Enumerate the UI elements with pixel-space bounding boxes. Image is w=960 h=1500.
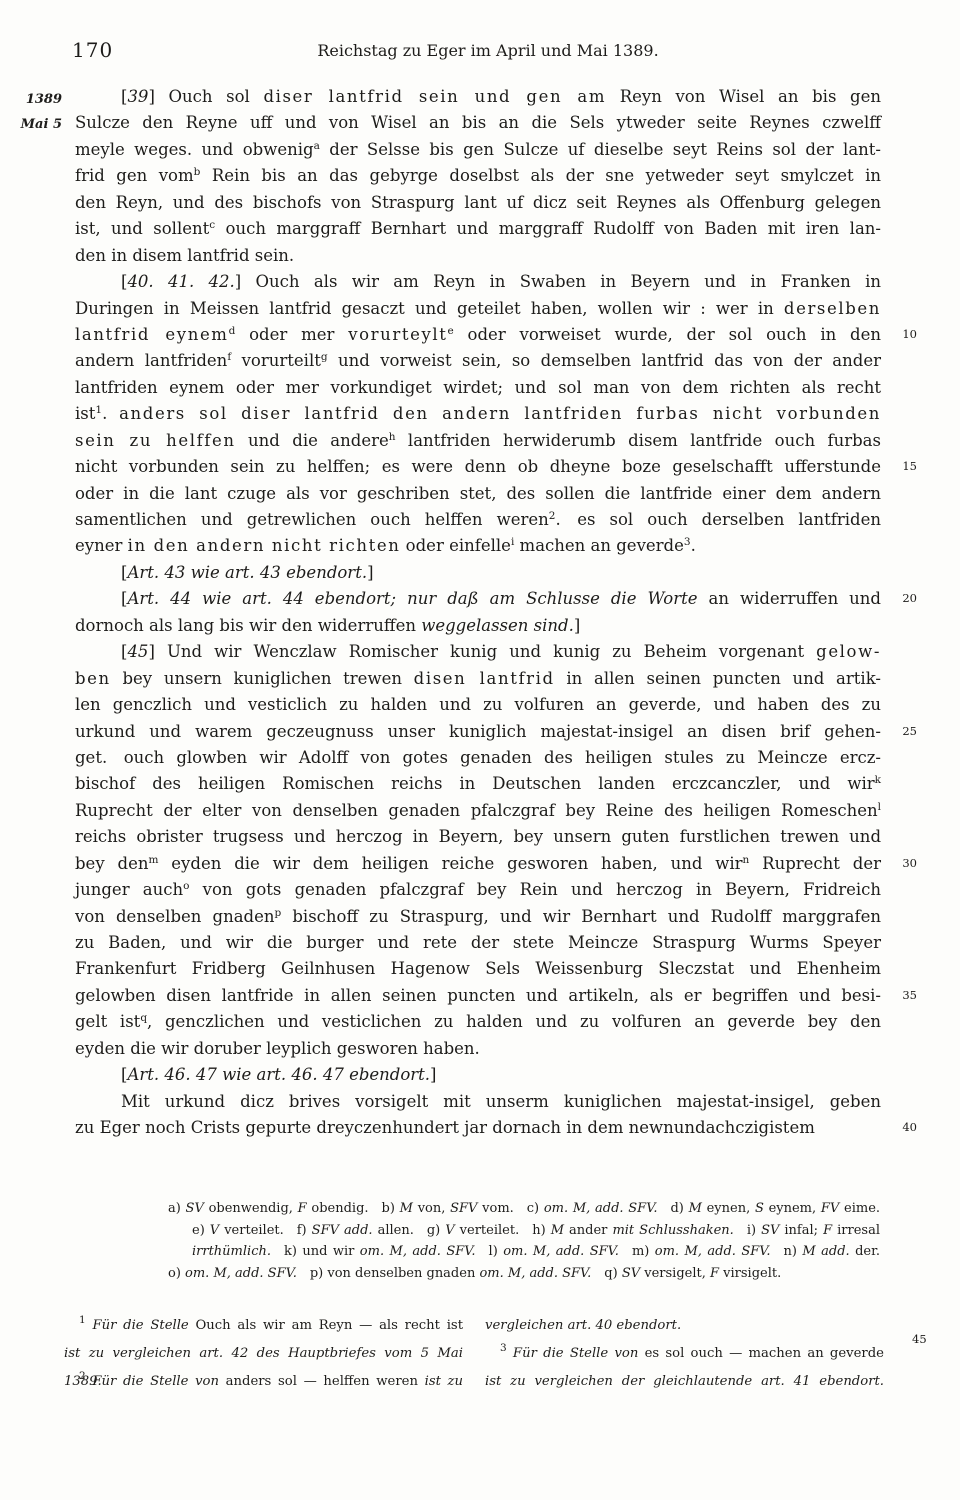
text-segment: Für die Stelle xyxy=(86,1318,196,1333)
text-segment: ist zu vergleichen der gleichlautende ar… xyxy=(485,1374,884,1389)
text-line: Frankenfurt Fridberg Geilnhusen Hagenow … xyxy=(75,956,881,982)
line-number: 20 xyxy=(902,593,917,605)
text-segment: meyle weges. und obwenig xyxy=(75,140,314,159)
text-line: zu Baden, und wir die burger und rete de… xyxy=(75,930,881,956)
text-segment: diser lantfrid sein und gen am xyxy=(263,87,606,106)
text-segment: Ruprecht der xyxy=(749,854,881,873)
text-line: ben bey unsern kuniglichen trewen disen … xyxy=(75,666,881,692)
text-segment: andern lantfriden xyxy=(75,351,227,370)
text-line: [Art. 46. 47 wie art. 46. 47 ebendort.] xyxy=(75,1062,881,1088)
text-line: lantfriden eynem oder mer vorkundiget wi… xyxy=(75,375,881,401)
text-segment: sein zu helffen xyxy=(75,431,236,450)
text-segment: F xyxy=(710,1266,719,1281)
footnote-line: 3 Für die Stelle von es sol ouch — mache… xyxy=(485,1340,884,1368)
scanned-book-page: 170 Reichstag zu Eger im April und Mai 1… xyxy=(0,0,960,1500)
text-segment: vorurteilt xyxy=(231,351,321,370)
text-segment: get. ouch glowben wir Adolff von gotes g… xyxy=(75,748,881,767)
text-segment: eyden die wir dem heiligen reiche geswor… xyxy=(158,854,742,873)
critical-apparatus: a) SV obenwendig, F obendig. b) M von, S… xyxy=(168,1198,880,1284)
text-segment: dornoch als lang bis wir den widerruffen xyxy=(75,616,421,635)
text-segment: M xyxy=(551,1223,564,1238)
text-segment: eyden die wir doruber leyplich gesworen … xyxy=(75,1039,480,1058)
text-line: oder in die lant czuge als vor geschribe… xyxy=(75,481,881,507)
footnote-line: vergleichen art. 40 ebendort. xyxy=(485,1312,884,1340)
text-segment: Art. 43 wie art. 43 ebendort. xyxy=(127,563,367,582)
text-line: eyner in den andern nicht richten oder e… xyxy=(75,533,881,559)
text-segment: SV xyxy=(761,1223,779,1238)
text-segment: SFV xyxy=(450,1201,477,1216)
body-text: [39] Ouch sol diser lantfrid sein und ge… xyxy=(75,84,881,1142)
text-segment: F xyxy=(823,1223,832,1238)
text-segment: ] xyxy=(574,616,580,635)
running-title: Reichstag zu Eger im April und Mai 1389. xyxy=(72,41,904,60)
footnote-line: ist zu vergleichen art. 42 des Hauptbrie… xyxy=(64,1340,463,1368)
text-segment: es sol ouch — machen an geverde xyxy=(645,1346,884,1361)
text-segment: Frankenfurt Fridberg Geilnhusen Hagenow … xyxy=(75,959,881,978)
text-line: sein zu helffen und die andereh lantfrid… xyxy=(75,428,881,454)
footnote-line: 1 Für die Stelle Ouch als wir am Reyn — … xyxy=(64,1312,463,1340)
text-segment: ] xyxy=(367,563,373,582)
text-line: den in disem lantfrid sein. xyxy=(75,243,881,269)
text-segment: oder mer xyxy=(235,325,348,344)
text-segment: zu Baden, und wir die burger und rete de… xyxy=(75,933,881,952)
text-segment: eime. xyxy=(839,1201,880,1216)
text-line: eyden die wir doruber leyplich gesworen … xyxy=(75,1036,881,1062)
text-segment: Ouch als wir am Reyn — als recht ist xyxy=(195,1318,463,1333)
footnote-column-left: 1 Für die Stelle Ouch als wir am Reyn — … xyxy=(64,1312,463,1396)
text-segment: d) xyxy=(657,1201,688,1216)
text-segment: von gots genaden pfalczgraf bey Rein und… xyxy=(189,880,881,899)
text-line: get. ouch glowben wir Adolff von gotes g… xyxy=(75,745,881,771)
text-segment: obendig. b) xyxy=(307,1201,400,1216)
text-segment: samentlichen und getrewlichen ouch helff… xyxy=(75,510,549,529)
text-segment: om. M, add. SFV. xyxy=(544,1201,658,1216)
text-segment: eynem, xyxy=(764,1201,821,1216)
text-segment: o) xyxy=(168,1266,185,1281)
text-segment: 39 xyxy=(127,87,148,106)
text-line: [40. 41. 42.] Ouch als wir am Reyn in Sw… xyxy=(75,269,881,295)
text-segment: frid gen vom xyxy=(75,166,194,185)
text-segment: p) von denselben gnaden xyxy=(297,1266,480,1281)
text-segment: Art. 46. 47 wie art. 46. 47 ebendort. xyxy=(127,1065,430,1084)
note-reference: 2 xyxy=(79,1370,86,1382)
text-segment: n) xyxy=(771,1244,803,1259)
text-line: [Art. 43 wie art. 43 ebendort.] xyxy=(75,560,881,586)
text-line: reichs obrister trugsess und herczog in … xyxy=(75,824,881,850)
text-segment: oder in die lant czuge als vor geschribe… xyxy=(75,484,881,503)
text-segment: Mit urkund dicz brives vorsigelt mit uns… xyxy=(121,1092,881,1111)
note-reference: 3 xyxy=(500,1342,507,1354)
footnote-line: ist zu vergleichen der gleichlautende ar… xyxy=(485,1368,884,1396)
line-number: 40 xyxy=(902,1122,917,1134)
text-segment: V xyxy=(210,1223,219,1238)
text-segment: eyner xyxy=(75,536,128,555)
text-segment: k) und wir xyxy=(271,1244,360,1259)
text-line: [Art. 44 wie art. 44 ebendort; nur daß a… xyxy=(75,586,881,612)
line-number: 30 xyxy=(902,858,917,870)
note-reference: k xyxy=(875,774,881,786)
text-segment: ] Ouch sol xyxy=(148,87,263,106)
text-segment: M xyxy=(689,1201,702,1216)
text-segment: SFV add. xyxy=(312,1223,373,1238)
page-header: 170 Reichstag zu Eger im April und Mai 1… xyxy=(72,38,904,68)
text-segment: infal; xyxy=(779,1223,823,1238)
apparatus-line: irrthümlich. k) und wir om. M, add. SFV.… xyxy=(168,1241,880,1263)
text-segment: reichs obrister trugsess und herczog in … xyxy=(75,827,881,846)
text-segment: ouch marggraff Bernhart und marggraff Ru… xyxy=(215,219,881,238)
text-line: gelowben disen lantfride in allen seinen… xyxy=(75,983,881,1009)
text-segment: SV xyxy=(186,1201,204,1216)
text-segment: lantfrid eynem xyxy=(75,325,229,344)
text-segment: ] xyxy=(430,1065,436,1084)
text-line: len genczlich und vesticlich zu halden u… xyxy=(75,692,881,718)
text-segment: Rein bis an das gebyrge doselbst als der… xyxy=(200,166,881,185)
text-segment: obenwendig, xyxy=(204,1201,298,1216)
text-segment: ] Und wir Wenczlaw Romischer kunig und k… xyxy=(148,642,816,661)
text-segment: om. M, add. SFV. xyxy=(503,1244,619,1259)
text-segment: S xyxy=(755,1201,764,1216)
apparatus-line: a) SV obenwendig, F obendig. b) M von, S… xyxy=(168,1198,880,1220)
text-segment: anders sol diser lantfrid den andern lan… xyxy=(119,404,881,423)
text-segment: anders sol — helffen weren xyxy=(226,1374,425,1389)
text-segment: vorurteylt xyxy=(348,325,447,344)
text-segment: M add. xyxy=(802,1244,849,1259)
line-number: 15 xyxy=(902,461,917,473)
text-segment: von, xyxy=(413,1201,450,1216)
text-line: urkund und warem geczeugnuss unser kunig… xyxy=(75,719,881,745)
text-segment: lantfriden herwiderumb disem lantfride o… xyxy=(396,431,881,450)
text-segment: om. M, add. SFV. xyxy=(655,1244,771,1259)
text-segment: bischoff zu Straspurg, und wir Bernhart … xyxy=(281,907,881,926)
apparatus-line: o) om. M, add. SFV. p) von denselben gna… xyxy=(168,1263,880,1285)
text-segment: vom. c) xyxy=(477,1201,543,1216)
text-segment: und vorweist sein, so demselben lantfrid… xyxy=(328,351,881,370)
text-segment: ben xyxy=(75,669,111,688)
text-segment: Sulcze den Reyne uff und von Wisel an bi… xyxy=(75,113,881,132)
text-line: Sulcze den Reyne uff und von Wisel an bi… xyxy=(75,110,881,136)
text-segment: . xyxy=(691,536,696,555)
text-line: nicht vorbunden sein zu helffen; es were… xyxy=(75,454,881,480)
text-segment: a) xyxy=(168,1201,186,1216)
text-line: frid gen vomb Rein bis an das gebyrge do… xyxy=(75,163,881,189)
text-segment: gelow- xyxy=(816,642,881,661)
margin-date-day: Mai 5 xyxy=(14,112,62,137)
text-segment: ] Ouch als wir am Reyn in Swaben in Beye… xyxy=(235,272,881,291)
text-segment: SV xyxy=(622,1266,640,1281)
text-segment: zu Eger noch Crists gepurte dreyczenhund… xyxy=(75,1118,815,1137)
text-segment: ist, und sollent xyxy=(75,219,209,238)
margin-date-note: 1389 Mai 5 xyxy=(14,87,62,137)
text-segment: lantfriden eynem oder mer vorkundiget wi… xyxy=(75,378,881,397)
text-segment: Duringen in Meissen lantfrid gesaczt und… xyxy=(75,299,784,318)
text-segment: bischof des heiligen Romischen reichs in… xyxy=(75,774,875,793)
text-segment: , genczlichen und vesticlichen zu halden… xyxy=(147,1012,881,1031)
text-segment: virsigelt. xyxy=(719,1266,781,1281)
text-segment: om. M, add. SFV. xyxy=(479,1266,591,1281)
text-segment: eynen, xyxy=(702,1201,755,1216)
text-line: den Reyn, und des bischofs von Straspurg… xyxy=(75,190,881,216)
text-segment: Reyn von Wisel an bis gen xyxy=(606,87,881,106)
text-segment: len genczlich und vesticlich zu halden u… xyxy=(75,695,881,714)
text-segment: mit Schlusshaken. xyxy=(612,1223,733,1238)
text-segment: e) xyxy=(192,1223,210,1238)
text-line: bischof des heiligen Romischen reichs in… xyxy=(75,771,881,797)
text-segment: ander xyxy=(564,1223,612,1238)
text-segment: l) xyxy=(476,1244,504,1259)
text-line: Duringen in Meissen lantfrid gesaczt und… xyxy=(75,296,881,322)
text-segment: derselben xyxy=(784,299,881,318)
text-segment: irresal xyxy=(832,1223,880,1238)
text-line: [45] Und wir Wenczlaw Romischer kunig un… xyxy=(75,639,881,665)
text-segment: an widerruffen und xyxy=(698,589,881,608)
text-segment: om. M, add. SFV. xyxy=(185,1266,297,1281)
text-line: junger aucho von gots genaden pfalczgraf… xyxy=(75,877,881,903)
text-segment: vergleichen art. 40 ebendort. xyxy=(485,1318,681,1333)
text-segment: i) xyxy=(734,1223,761,1238)
text-segment: Ruprecht der elter von denselben genaden… xyxy=(75,801,878,820)
text-segment: von denselben gnaden xyxy=(75,907,275,926)
text-line: samentlichen und getrewlichen ouch helff… xyxy=(75,507,881,533)
footnote-column-right: vergleichen art. 40 ebendort.3 Für die S… xyxy=(485,1312,884,1396)
text-line: Ruprecht der elter von denselben genaden… xyxy=(75,798,881,824)
text-segment: V xyxy=(445,1223,454,1238)
text-line: andern lantfridenf vorurteiltg und vorwe… xyxy=(75,348,881,374)
text-segment: om. M, add. SFV. xyxy=(360,1244,476,1259)
line-number: 25 xyxy=(902,726,917,738)
text-line: meyle weges. und obweniga der Selsse bis… xyxy=(75,137,881,163)
text-line: lantfrid eynemd oder mer vorurteylte ode… xyxy=(75,322,881,348)
text-segment: weggelassen sind. xyxy=(421,616,574,635)
text-segment: oder einfelle xyxy=(400,536,511,555)
text-line: gelt istq, genczlichen und vesticlichen … xyxy=(75,1009,881,1035)
text-segment: der Selsse bis gen Sulcze uf dieselbe se… xyxy=(320,140,881,159)
text-segment: m) xyxy=(619,1244,655,1259)
note-reference: 1 xyxy=(79,1314,86,1326)
text-line: ist, und sollentc ouch marggraff Bernhar… xyxy=(75,216,881,242)
text-segment: ist xyxy=(75,404,95,423)
text-segment: in den andern nicht richten xyxy=(128,536,401,555)
text-segment: Für die Stelle von xyxy=(507,1346,645,1361)
note-reference: l xyxy=(878,801,881,813)
text-line: zu Eger noch Crists gepurte dreyczenhund… xyxy=(75,1115,881,1141)
text-segment: gelt ist xyxy=(75,1012,140,1031)
text-segment: disen lantfrid xyxy=(414,669,555,688)
text-segment: der. xyxy=(850,1244,880,1259)
text-segment: in allen seinen puncten und artik- xyxy=(555,669,881,688)
text-segment: bey den xyxy=(75,854,148,873)
text-segment: ist zu xyxy=(425,1374,463,1389)
footnote-line: 2 Für die Stelle von anders sol — helffe… xyxy=(64,1368,463,1396)
text-segment: oder vorweiset wurde, der sol ouch in de… xyxy=(454,325,881,344)
text-segment: bey unsern kuniglichen trewen xyxy=(111,669,414,688)
margin-date-year: 1389 xyxy=(14,87,62,112)
text-segment: 45 xyxy=(127,642,148,661)
text-segment: allen. g) xyxy=(373,1223,446,1238)
text-line: dornoch als lang bis wir den widerruffen… xyxy=(75,613,881,639)
text-segment: Art. 44 wie art. 44 ebendort; nur daß am… xyxy=(127,589,697,608)
text-segment: verteilet. f) xyxy=(219,1223,311,1238)
text-segment: FV xyxy=(821,1201,839,1216)
text-segment: verteilet. h) xyxy=(455,1223,551,1238)
text-segment: . es sol ouch derselben lantfriden xyxy=(555,510,881,529)
text-segment: F xyxy=(298,1201,307,1216)
text-line: [39] Ouch sol diser lantfrid sein und ge… xyxy=(75,84,881,110)
text-segment: q) xyxy=(591,1266,622,1281)
text-segment: machen an geverde xyxy=(514,536,684,555)
note-reference: 3 xyxy=(684,536,691,548)
text-line: bey denm eyden die wir dem heiligen reic… xyxy=(75,851,881,877)
text-line: ist1. anders sol diser lantfrid den ande… xyxy=(75,401,881,427)
text-segment: und die andere xyxy=(236,431,389,450)
text-segment: 40. 41. 42. xyxy=(127,272,234,291)
text-segment: nicht vorbunden sein zu helffen; es were… xyxy=(75,457,881,476)
text-segment: den Reyn, und des bischofs von Straspurg… xyxy=(75,193,881,212)
text-line: Mit urkund dicz brives vorsigelt mit uns… xyxy=(75,1089,881,1115)
line-number: 35 xyxy=(902,990,917,1002)
text-line: von denselben gnadenp bischoff zu Strasp… xyxy=(75,904,881,930)
text-segment: gelowben disen lantfride in allen seinen… xyxy=(75,986,881,1005)
line-number: 45 xyxy=(912,1332,927,1346)
apparatus-line: e) V verteilet. f) SFV add. allen. g) V … xyxy=(168,1220,880,1242)
text-segment: M xyxy=(400,1201,413,1216)
text-segment: junger auch xyxy=(75,880,183,899)
line-number: 10 xyxy=(902,329,917,341)
text-segment: urkund und warem geczeugnuss unser kunig… xyxy=(75,722,881,741)
text-segment: . xyxy=(102,404,119,423)
text-segment: versigelt, xyxy=(640,1266,710,1281)
note-reference: h xyxy=(389,431,396,443)
text-segment: den in disem lantfrid sein. xyxy=(75,246,294,265)
note-reference: g xyxy=(321,351,328,363)
text-segment: irrthümlich. xyxy=(192,1244,271,1259)
text-segment: Für die Stelle von xyxy=(86,1374,226,1389)
footnotes-block: 1 Für die Stelle Ouch als wir am Reyn — … xyxy=(64,1312,884,1396)
note-reference: m xyxy=(148,854,158,866)
